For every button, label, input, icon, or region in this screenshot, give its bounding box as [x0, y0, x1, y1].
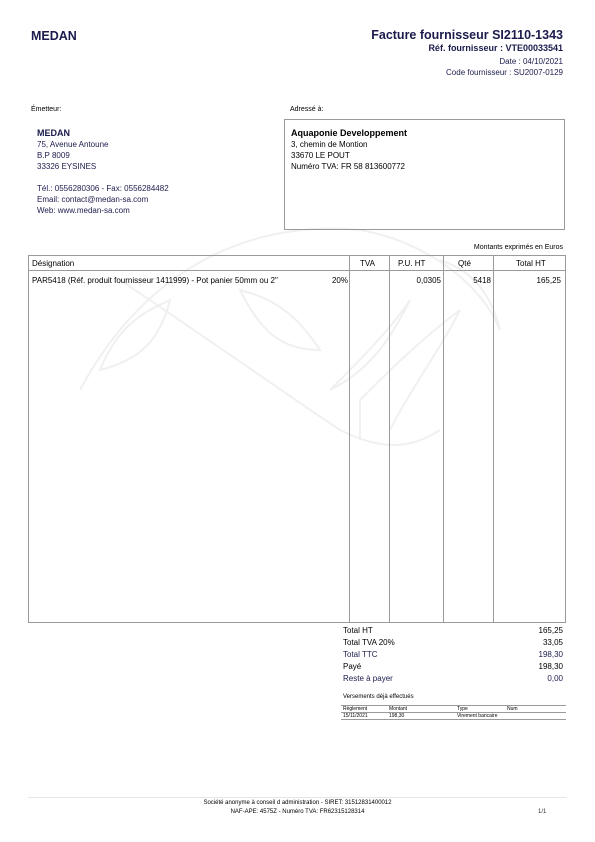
cell-qty: 5418 [473, 276, 491, 285]
items-table: Désignation TVA P.U. HT Qté Total HT PAR… [28, 255, 566, 623]
column-header-pu-ht: P.U. HT [398, 259, 425, 268]
cell-designation: PAR5418 (Réf. produit fournisseur 141199… [32, 276, 278, 285]
column-divider [349, 256, 350, 622]
total-label: Total TTC [343, 650, 378, 659]
sender-address-line: 33326 EYSINES [37, 161, 169, 172]
payments-divider [341, 719, 566, 720]
total-label: Total TVA 20% [343, 638, 395, 647]
cell-pu-ht: 0,0305 [417, 276, 441, 285]
column-header-total-ht: Total HT [516, 259, 546, 268]
column-divider [493, 256, 494, 622]
total-label: Reste à payer [343, 674, 393, 683]
document-title: Facture fournisseur SI2110-1343 [371, 28, 563, 42]
paid-row: Payé 198,30 [343, 662, 563, 674]
page-number: 1/1 [538, 809, 546, 815]
payments-title: Versements déjà effectués [343, 694, 414, 700]
recipient-vat: Numéro TVA: FR 58 813600772 [291, 161, 407, 172]
supplier-code: Code fournisseur : SU2007-0129 [446, 68, 563, 77]
total-tva-row: Total TVA 20% 33,05 [343, 638, 563, 650]
recipient-box: Aquaponie Developpement 3, chemin de Mon… [284, 119, 565, 230]
sender-address-block: MEDAN 75, Avenue Antoune B.P 8009 33326 … [37, 128, 169, 216]
document-date: Date : 04/10/2021 [499, 57, 563, 66]
total-ttc-row: Total TTC 198,30 [343, 650, 563, 662]
total-label: Payé [343, 662, 361, 671]
footer-divider [28, 797, 567, 798]
supplier-reference: Réf. fournisseur : VTE00033541 [428, 43, 563, 53]
total-value: 165,25 [539, 626, 563, 635]
total-ht-row: Total HT 165,25 [343, 626, 563, 638]
total-value: 198,30 [539, 662, 563, 671]
column-header-qty: Qté [458, 259, 471, 268]
column-divider [389, 256, 390, 622]
company-name: MEDAN [31, 29, 77, 43]
cell-tva: 20% [332, 276, 348, 285]
footer-legal-line: NAF-APE: 4575Z - Numéro TVA: FR623151283… [0, 809, 595, 815]
sender-web: Web: www.medan-sa.com [37, 205, 169, 216]
sender-label: Émetteur: [31, 106, 61, 113]
sender-phone-fax: Tél.: 0556280306 - Fax: 0556284482 [37, 183, 169, 194]
recipient-name: Aquaponie Developpement [291, 128, 407, 139]
footer-legal-line: Société anonyme à conseil d administrati… [0, 800, 595, 806]
total-label: Total HT [343, 626, 373, 635]
currency-note: Montants exprimés en Euros [474, 244, 563, 251]
sender-name: MEDAN [37, 128, 169, 139]
recipient-address-line: 33670 LE POUT [291, 150, 407, 161]
cell-total-ht: 165,25 [537, 276, 561, 285]
sender-address-line: B.P 8009 [37, 150, 169, 161]
column-divider [443, 256, 444, 622]
payments-divider [341, 705, 566, 706]
sender-email: Email: contact@medan-sa.com [37, 194, 169, 205]
remaining-row: Reste à payer 0,00 [343, 674, 563, 686]
payments-divider [341, 712, 566, 713]
recipient-label: Adressé à: [290, 106, 323, 113]
recipient-address-line: 3, chemin de Montion [291, 139, 407, 150]
sender-address-line: 75, Avenue Antoune [37, 139, 169, 150]
column-header-tva: TVA [360, 259, 375, 268]
total-value: 0,00 [547, 674, 563, 683]
total-value: 198,30 [539, 650, 563, 659]
column-header-designation: Désignation [32, 259, 74, 268]
header-divider [29, 270, 565, 271]
total-value: 33,05 [543, 638, 563, 647]
recipient-address-block: Aquaponie Developpement 3, chemin de Mon… [291, 128, 407, 172]
